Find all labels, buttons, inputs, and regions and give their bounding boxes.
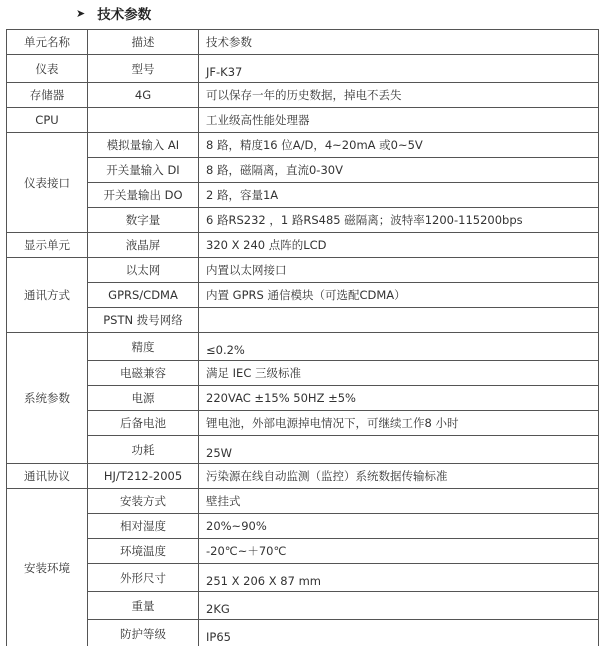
param-cell: 2 路，容量1A: [199, 183, 599, 208]
param-cell: JF-K37: [199, 55, 599, 83]
desc-cell: 精度: [88, 333, 199, 361]
desc-cell: 外形尺寸: [88, 564, 199, 592]
desc-cell: PSTN 拨号网络: [88, 308, 199, 333]
desc-cell: 液晶屏: [88, 233, 199, 258]
desc-cell: 环境温度: [88, 539, 199, 564]
table-row: 存储器 4G 可以保存一年的历史数据，掉电不丢失: [7, 83, 599, 108]
param-cell: 8 路，精度16 位A/D，4~20mA 或0~5V: [199, 133, 599, 158]
param-cell: 220VAC ±15% 50HZ ±5%: [199, 386, 599, 411]
desc-cell: 4G: [88, 83, 199, 108]
table-row: 相对湿度 20%~90%: [7, 514, 599, 539]
param-cell: IP65: [199, 620, 599, 646]
table-row: 系统参数 精度 ≤0.2%: [7, 333, 599, 361]
table-row: 开关量输入 DI 8 路，磁隔离，直流0-30V: [7, 158, 599, 183]
desc-cell: HJ/T212-2005: [88, 464, 199, 489]
desc-cell: 安装方式: [88, 489, 199, 514]
param-cell: 25W: [199, 436, 599, 464]
desc-cell: 相对湿度: [88, 514, 199, 539]
desc-cell: 防护等级: [88, 620, 199, 646]
table-row: 通讯方式 以太网 内置以太网接口: [7, 258, 599, 283]
param-cell: [199, 308, 599, 333]
table-row: 防护等级 IP65: [7, 620, 599, 646]
table-row: 仪表接口 模拟量输入 AI 8 路，精度16 位A/D，4~20mA 或0~5V: [7, 133, 599, 158]
table-row: 通讯协议 HJ/T212-2005 污染源在线自动监测（监控）系统数据传输标准: [7, 464, 599, 489]
table-row: 外形尺寸 251 X 206 X 87 mm: [7, 564, 599, 592]
desc-cell: 型号: [88, 55, 199, 83]
param-cell: 内置 GPRS 通信模块（可选配CDMA）: [199, 283, 599, 308]
section-heading: ➤ 技术参数: [76, 1, 151, 25]
param-cell: 2KG: [199, 592, 599, 620]
group-unit-cell: 系统参数: [7, 333, 88, 464]
desc-cell: 开关量输入 DI: [88, 158, 199, 183]
table-row: 仪表 型号 JF-K37: [7, 55, 599, 83]
table-row: 电源 220VAC ±15% 50HZ ±5%: [7, 386, 599, 411]
unit-cell: 仪表: [7, 55, 88, 83]
group-unit-cell: 通讯协议: [7, 464, 88, 489]
param-cell: 320 X 240 点阵的LCD: [199, 233, 599, 258]
group-unit-cell: 仪表接口: [7, 133, 88, 233]
table-row: PSTN 拨号网络: [7, 308, 599, 333]
param-cell: 壁挂式: [199, 489, 599, 514]
section-title: 技术参数: [97, 3, 151, 23]
desc-cell: 重量: [88, 592, 199, 620]
desc-cell: GPRS/CDMA: [88, 283, 199, 308]
table-row: 重量 2KG: [7, 592, 599, 620]
param-cell: 20%~90%: [199, 514, 599, 539]
desc-cell: [88, 108, 199, 133]
param-cell: 满足 IEC 三级标准: [199, 361, 599, 386]
desc-cell: 电磁兼容: [88, 361, 199, 386]
desc-cell: 模拟量输入 AI: [88, 133, 199, 158]
param-cell: 8 路，磁隔离，直流0-30V: [199, 158, 599, 183]
param-cell: 污染源在线自动监测（监控）系统数据传输标准: [199, 464, 599, 489]
unit-cell: CPU: [7, 108, 88, 133]
header-desc: 描述: [88, 30, 199, 55]
param-cell: 可以保存一年的历史数据，掉电不丢失: [199, 83, 599, 108]
desc-cell: 电源: [88, 386, 199, 411]
header-unit: 单元名称: [7, 30, 88, 55]
table-row: 功耗 25W: [7, 436, 599, 464]
table-row: 显示单元 液晶屏 320 X 240 点阵的LCD: [7, 233, 599, 258]
param-cell: 工业级高性能处理器: [199, 108, 599, 133]
desc-cell: 数字量: [88, 208, 199, 233]
table-row: 数字量 6 路RS232 ，1 路RS485 磁隔离；波特率1200-11520…: [7, 208, 599, 233]
desc-cell: 后备电池: [88, 411, 199, 436]
table-row: 开关量输出 DO 2 路，容量1A: [7, 183, 599, 208]
table-row: CPU 工业级高性能处理器: [7, 108, 599, 133]
param-cell: -20℃~＋70℃: [199, 539, 599, 564]
table-row: GPRS/CDMA 内置 GPRS 通信模块（可选配CDMA）: [7, 283, 599, 308]
table-row: 环境温度 -20℃~＋70℃: [7, 539, 599, 564]
param-cell: 251 X 206 X 87 mm: [199, 564, 599, 592]
group-unit-cell: 通讯方式: [7, 258, 88, 333]
desc-cell: 开关量输出 DO: [88, 183, 199, 208]
spec-table: 单元名称 描述 技术参数 仪表 型号 JF-K37 存储器 4G 可以保存一年的…: [6, 29, 599, 646]
header-param: 技术参数: [199, 30, 599, 55]
header-row: 单元名称 描述 技术参数: [7, 30, 599, 55]
unit-cell: 存储器: [7, 83, 88, 108]
group-unit-cell: 显示单元: [7, 233, 88, 258]
param-cell: 锂电池，外部电源掉电情况下，可继续工作8 小时: [199, 411, 599, 436]
param-cell: 内置以太网接口: [199, 258, 599, 283]
table-row: 后备电池 锂电池，外部电源掉电情况下，可继续工作8 小时: [7, 411, 599, 436]
table-row: 安装环境 安装方式 壁挂式: [7, 489, 599, 514]
arrow-bullet-icon: ➤: [76, 7, 85, 20]
desc-cell: 功耗: [88, 436, 199, 464]
param-cell: ≤0.2%: [199, 333, 599, 361]
table-row: 电磁兼容 满足 IEC 三级标准: [7, 361, 599, 386]
desc-cell: 以太网: [88, 258, 199, 283]
param-cell: 6 路RS232 ，1 路RS485 磁隔离；波特率1200-115200bps: [199, 208, 599, 233]
group-unit-cell: 安装环境: [7, 489, 88, 646]
